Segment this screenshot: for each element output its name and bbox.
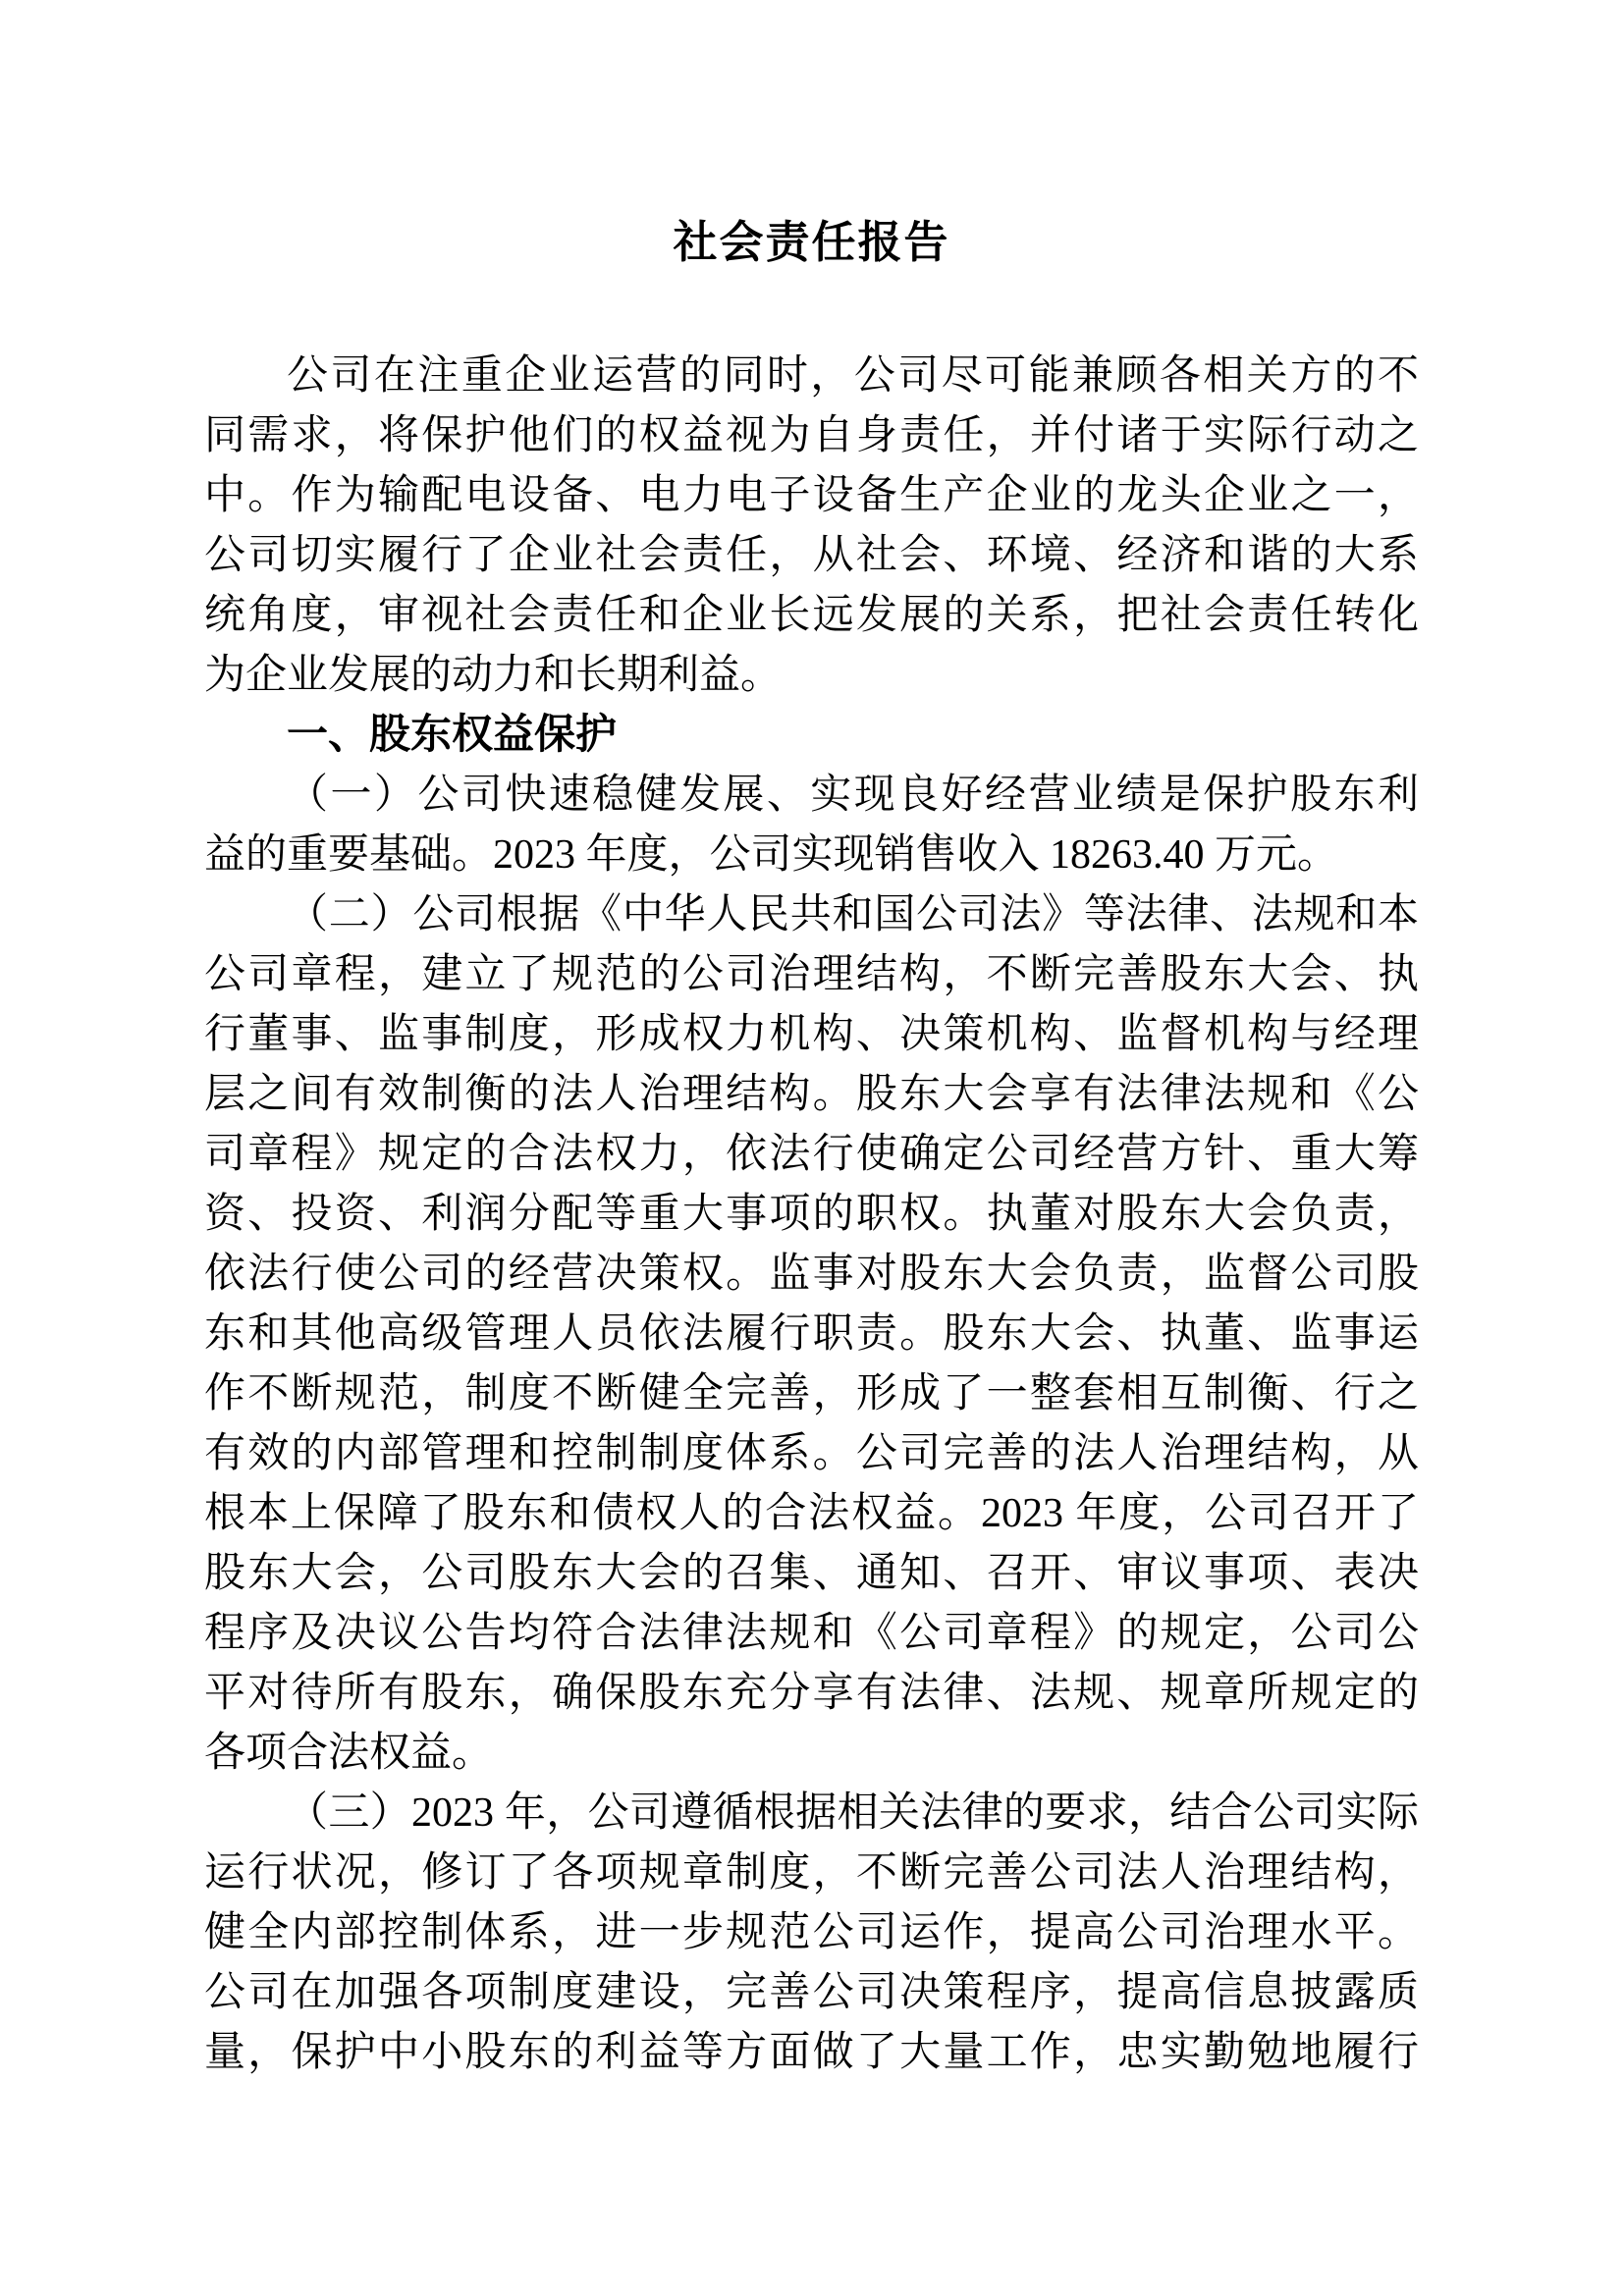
text-line: 量，保护中小股东的利益等方面做了大量工作，忠实勤勉地履行	[204, 2023, 1419, 2083]
text-line: 司章程》规定的合法权力，依法行使确定公司经营方针、重大筹	[204, 1125, 1419, 1185]
text-line: 东和其他高级管理人员依法履行职责。股东大会、执董、监事运	[204, 1305, 1419, 1364]
text-line: （二）公司根据《中华人民共和国公司法》等法律、法规和本	[204, 885, 1419, 945]
text-line: 同需求，将保护他们的权益视为自身责任，并付诸于实际行动之	[204, 406, 1419, 466]
text-line: 公司章程，建立了规范的公司治理结构，不断完善股东大会、执	[204, 945, 1419, 1005]
text-line: 公司切实履行了企业社会责任，从社会、环境、经济和谐的大系	[204, 526, 1419, 586]
text-line: 根本上保障了股东和债权人的合法权益。2023 年度，公司召开了	[204, 1484, 1419, 1544]
section-heading: 一、股东权益保护	[204, 706, 1419, 766]
text-line: 资、投资、利润分配等重大事项的职权。执董对股东大会负责，	[204, 1185, 1419, 1245]
text-line: 各项合法权益。	[204, 1724, 1419, 1784]
text-line: 股东大会，公司股东大会的召集、通知、召开、审议事项、表决	[204, 1544, 1419, 1604]
text-line: （三）2023 年，公司遵循根据相关法律的要求，结合公司实际	[204, 1784, 1419, 1843]
text-line: 健全内部控制体系，进一步规范公司运作，提高公司治理水平。	[204, 1903, 1419, 1963]
text-line: 依法行使公司的经营决策权。监事对股东大会负责，监督公司股	[204, 1245, 1419, 1305]
text-line: 统角度，审视社会责任和企业长远发展的关系，把社会责任转化	[204, 586, 1419, 646]
text-line: 有效的内部管理和控制制度体系。公司完善的法人治理结构，从	[204, 1424, 1419, 1484]
document-page: 社会责任报告 公司在注重企业运营的同时，公司尽可能兼顾各相关方的不 同需求，将保…	[0, 0, 1624, 2296]
text-line: 程序及决议公告均符合法律法规和《公司章程》的规定，公司公	[204, 1604, 1419, 1664]
text-line: 运行状况，修订了各项规章制度，不断完善公司法人治理结构，	[204, 1843, 1419, 1903]
document-title: 社会责任报告	[204, 218, 1419, 267]
text-line: （一）公司快速稳健发展、实现良好经营业绩是保护股东利	[204, 766, 1419, 826]
text-line: 行董事、监事制度，形成权力机构、决策机构、监督机构与经理	[204, 1005, 1419, 1065]
text-line: 作不断规范，制度不断健全完善，形成了一整套相互制衡、行之	[204, 1364, 1419, 1424]
text-line: 公司在加强各项制度建设，完善公司决策程序，提高信息披露质	[204, 1963, 1419, 2023]
document-body: 社会责任报告 公司在注重企业运营的同时，公司尽可能兼顾各相关方的不 同需求，将保…	[0, 0, 1624, 2083]
text-line: 益的重要基础。2023 年度，公司实现销售收入 18263.40 万元。	[204, 826, 1419, 885]
text-line: 平对待所有股东，确保股东充分享有法律、法规、规章所规定的	[204, 1664, 1419, 1724]
text-line: 中。作为输配电设备、电力电子设备生产企业的龙头企业之一，	[204, 466, 1419, 526]
text-line: 公司在注重企业运营的同时，公司尽可能兼顾各相关方的不	[204, 347, 1419, 406]
text-line: 为企业发展的动力和长期利益。	[204, 646, 1419, 706]
text-line: 层之间有效制衡的法人治理结构。股东大会享有法律法规和《公	[204, 1065, 1419, 1125]
